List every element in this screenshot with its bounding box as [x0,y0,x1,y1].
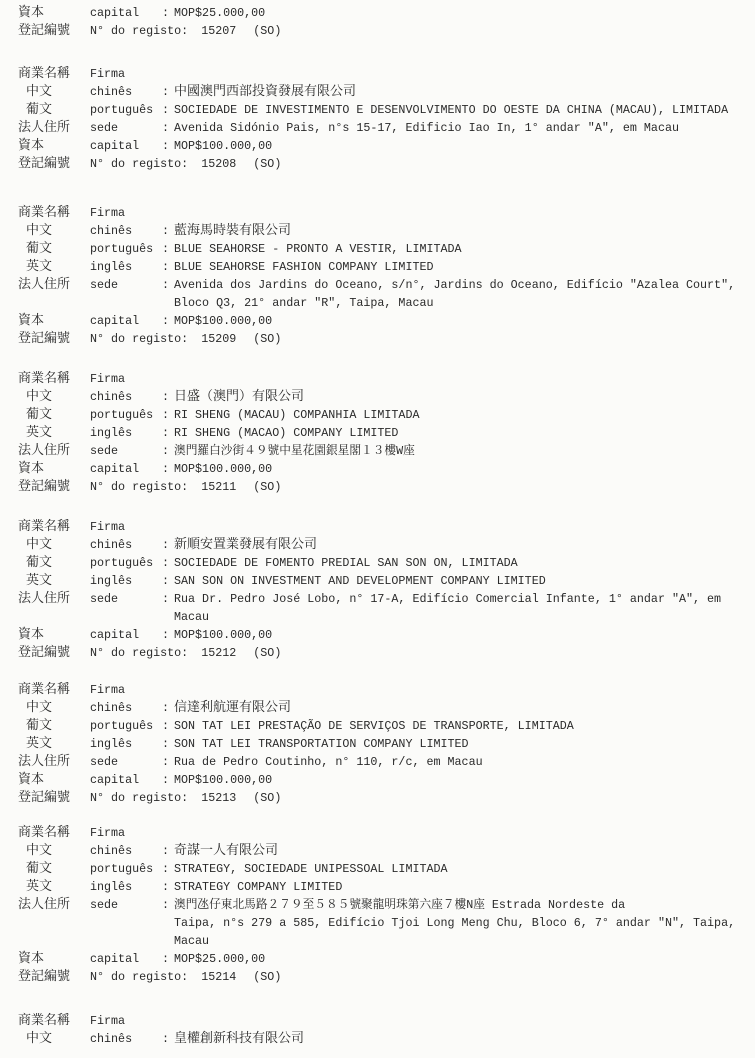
registration-mark: (SO) [253,789,281,807]
capital-label-pt: capital [90,4,162,22]
company-name-chinese: 新順安置業發展有限公司 [174,536,747,554]
colon-separator: : [162,860,174,878]
registration-label-pt: N° do registo: [90,968,188,986]
colon-separator: : [162,878,174,896]
business-name-label-pt: Firma [90,65,162,83]
business-name-header-row: 商業名稱 Firma [18,370,747,388]
capital-label-pt: capital [90,312,162,330]
colon-separator: : [162,717,174,735]
seat-label-zh: 法人住所 [18,590,90,608]
english-label-zh: 英文 [18,735,90,753]
english-name-row: 英文 inglês : SON TAT LEI TRANSPORTATION C… [18,735,747,753]
registration-label-pt: N° do registo: [90,644,188,662]
capital-row: 資本 capital : MOP$100.000,00 [18,460,747,478]
chinese-name-row: 中文 chinês : 新順安置業發展有限公司 [18,536,747,554]
registered-office-line: Taipa, n°s 279 a 585, Edifício Tjoi Long… [174,914,747,932]
english-label-pt: inglês [90,424,162,442]
portuguese-label-pt: português [90,406,162,424]
registry-entry: 商業名稱 Firma 中文 chinês : 奇謀一人有限公司 葡文 portu… [18,824,747,986]
english-label-zh: 英文 [18,258,90,276]
english-name-row: 英文 inglês : STRATEGY COMPANY LIMITED [18,878,747,896]
company-name-english: RI SHENG (MACAO) COMPANY LIMITED [174,424,747,442]
registration-number: 15208 [201,155,236,173]
business-name-label-zh: 商業名稱 [18,681,90,699]
colon-separator: : [162,536,174,554]
registered-office-line: Rua de Pedro Coutinho, n° 110, r/c, em M… [174,753,747,771]
registration-mark: (SO) [253,22,281,40]
registration-label-pt: N° do registo: [90,789,188,807]
registration-number: 15212 [201,644,236,662]
colon-separator: : [162,101,174,119]
portuguese-label-pt: português [90,860,162,878]
registered-office-row: Taipa, n°s 279 a 585, Edifício Tjoi Long… [18,914,747,932]
business-name-label-zh: 商業名稱 [18,370,90,388]
registration-number: 15207 [201,22,236,40]
company-name-english: BLUE SEAHORSE FASHION COMPANY LIMITED [174,258,747,276]
colon-separator: : [162,119,174,137]
chinese-label-pt: chinês [90,222,162,240]
registered-office-line: Macau [174,932,747,950]
company-name-portuguese: SOCIEDADE DE INVESTIMENTO E DESENVOLVIME… [174,101,747,119]
registration-number-row: 登記編號 N° do registo: 15212 (SO) [18,644,747,662]
capital-label-zh: 資本 [18,950,90,968]
colon-separator: : [162,460,174,478]
company-name-chinese: 皇權創新科技有限公司 [174,1030,747,1048]
registered-office-line: Rua Dr. Pedro José Lobo, n° 17-A, Edifíc… [174,590,747,608]
registration-number: 15213 [201,789,236,807]
colon-separator: : [162,312,174,330]
chinese-label-zh: 中文 [18,536,90,554]
portuguese-label-zh: 葡文 [18,240,90,258]
colon-separator: : [162,222,174,240]
chinese-label-zh: 中文 [18,842,90,860]
portuguese-label-zh: 葡文 [18,554,90,572]
registration-number-row: 登記編號 N° do registo: 15211 (SO) [18,478,747,496]
registered-office-line: Bloco Q3, 21° andar "R", Taipa, Macau [174,294,747,312]
registration-label-zh: 登記編號 [18,22,90,40]
capital-label-zh: 資本 [18,460,90,478]
colon-separator: : [162,842,174,860]
registration-label-zh: 登記編號 [18,789,90,807]
portuguese-label-zh: 葡文 [18,860,90,878]
english-label-pt: inglês [90,572,162,590]
chinese-label-zh: 中文 [18,388,90,406]
registration-number: 15211 [201,478,236,496]
capital-value: MOP$25.000,00 [174,4,747,22]
registered-office-row: 法人住所 sede : Rua Dr. Pedro José Lobo, n° … [18,590,747,608]
portuguese-name-row: 葡文 português : RI SHENG (MACAU) COMPANHI… [18,406,747,424]
registered-office-row: 法人住所 sede : Avenida dos Jardins do Ocean… [18,276,747,294]
registry-entry: 商業名稱 Firma 中文 chinês : 日盛（澳門）有限公司 葡文 por… [18,370,747,496]
business-name-header-row: 商業名稱 Firma [18,518,747,536]
registered-office-row: 法人住所 sede : 澳門氹仔東北馬路２７９至５８５號聚龍明珠第六座７樓N座 … [18,896,747,914]
registered-office-line: Macau [174,608,747,626]
colon-separator: : [162,753,174,771]
portuguese-label-pt: português [90,240,162,258]
registration-label-pt: N° do registo: [90,155,188,173]
seat-label-zh: 法人住所 [18,896,90,914]
colon-separator: : [162,950,174,968]
company-name-chinese: 信達利航運有限公司 [174,699,747,717]
registry-entry: 商業名稱 Firma 中文 chinês : 新順安置業發展有限公司 葡文 po… [18,518,747,662]
registered-office-row: Macau [18,932,747,950]
portuguese-label-pt: português [90,554,162,572]
company-name-portuguese: BLUE SEAHORSE - PRONTO A VESTIR, LIMITAD… [174,240,747,258]
capital-label-pt: capital [90,771,162,789]
registry-entry: 商業名稱 Firma 中文 chinês : 皇權創新科技有限公司 [18,1012,747,1048]
registered-office-line: Avenida dos Jardins do Oceano, s/n°, Jar… [174,276,747,294]
capital-label-pt: capital [90,950,162,968]
company-name-chinese: 日盛（澳門）有限公司 [174,388,747,406]
seat-label-zh: 法人住所 [18,442,90,460]
business-name-label-zh: 商業名稱 [18,518,90,536]
business-name-header-row: 商業名稱 Firma [18,65,747,83]
registration-label-pt: N° do registo: [90,330,188,348]
capital-value: MOP$100.000,00 [174,312,747,330]
chinese-name-row: 中文 chinês : 皇權創新科技有限公司 [18,1030,747,1048]
seat-label-pt: sede [90,590,162,608]
colon-separator: : [162,735,174,753]
colon-separator: : [162,276,174,294]
english-name-row: 英文 inglês : RI SHENG (MACAO) COMPANY LIM… [18,424,747,442]
company-name-english: SON TAT LEI TRANSPORTATION COMPANY LIMIT… [174,735,747,753]
business-name-label-zh: 商業名稱 [18,1012,90,1030]
company-name-chinese: 中國澳門西部投資發展有限公司 [174,83,747,101]
portuguese-label-zh: 葡文 [18,406,90,424]
capital-label-pt: capital [90,626,162,644]
business-name-label-pt: Firma [90,824,162,842]
capital-label-zh: 資本 [18,626,90,644]
registration-label-zh: 登記編號 [18,644,90,662]
registration-label-zh: 登記編號 [18,478,90,496]
portuguese-name-row: 葡文 português : SOCIEDADE DE INVESTIMENTO… [18,101,747,119]
portuguese-name-row: 葡文 português : SON TAT LEI PRESTAÇÃO DE … [18,717,747,735]
colon-separator: : [162,240,174,258]
colon-separator: : [162,4,174,22]
colon-separator: : [162,626,174,644]
capital-label-zh: 資本 [18,4,90,22]
chinese-label-pt: chinês [90,842,162,860]
colon-separator: : [162,1030,174,1048]
business-name-header-row: 商業名稱 Firma [18,1012,747,1030]
chinese-label-zh: 中文 [18,83,90,101]
capital-label-zh: 資本 [18,771,90,789]
colon-separator: : [162,554,174,572]
seat-label-zh: 法人住所 [18,276,90,294]
colon-separator: : [162,699,174,717]
registration-label-pt: N° do registo: [90,478,188,496]
registration-mark: (SO) [253,644,281,662]
chinese-label-pt: chinês [90,388,162,406]
english-label-pt: inglês [90,258,162,276]
seat-label-zh: 法人住所 [18,753,90,771]
business-name-header-row: 商業名稱 Firma [18,204,747,222]
portuguese-label-zh: 葡文 [18,101,90,119]
chinese-label-pt: chinês [90,1030,162,1048]
chinese-name-row: 中文 chinês : 藍海馬時裝有限公司 [18,222,747,240]
registered-office-line: Avenida Sidónio Pais, n°s 15-17, Edifici… [174,119,747,137]
portuguese-label-pt: português [90,101,162,119]
company-name-english: SAN SON ON INVESTMENT AND DEVELOPMENT CO… [174,572,747,590]
registered-office-row: Macau [18,608,747,626]
company-name-chinese: 藍海馬時裝有限公司 [174,222,747,240]
registration-number-row: 登記編號 N° do registo: 15208 (SO) [18,155,747,173]
business-name-label-pt: Firma [90,204,162,222]
colon-separator: : [162,590,174,608]
business-name-label-zh: 商業名稱 [18,824,90,842]
capital-value: MOP$100.000,00 [174,137,747,155]
capital-value: MOP$100.000,00 [174,626,747,644]
colon-separator: : [162,137,174,155]
capital-label-pt: capital [90,460,162,478]
capital-value: MOP$100.000,00 [174,460,747,478]
registration-number-row: 登記編號 N° do registo: 15213 (SO) [18,789,747,807]
registered-office-row: Bloco Q3, 21° andar "R", Taipa, Macau [18,294,747,312]
seat-label-zh: 法人住所 [18,119,90,137]
chinese-label-zh: 中文 [18,222,90,240]
portuguese-label-zh: 葡文 [18,717,90,735]
chinese-label-pt: chinês [90,83,162,101]
english-label-zh: 英文 [18,424,90,442]
registration-mark: (SO) [253,155,281,173]
business-name-label-pt: Firma [90,518,162,536]
seat-label-pt: sede [90,753,162,771]
company-name-english: STRATEGY COMPANY LIMITED [174,878,747,896]
colon-separator: : [162,572,174,590]
colon-separator: : [162,406,174,424]
english-name-row: 英文 inglês : SAN SON ON INVESTMENT AND DE… [18,572,747,590]
registered-office-line: 澳門氹仔東北馬路２７９至５８５號聚龍明珠第六座７樓N座 Estrada Nord… [174,896,747,914]
colon-separator: : [162,771,174,789]
colon-separator: : [162,442,174,460]
registration-label-zh: 登記編號 [18,330,90,348]
registration-number-row: 登記編號 N° do registo: 15209 (SO) [18,330,747,348]
company-name-portuguese: RI SHENG (MACAU) COMPANHIA LIMITADA [174,406,747,424]
portuguese-name-row: 葡文 português : STRATEGY, SOCIEDADE UNIPE… [18,860,747,878]
registry-entry: 商業名稱 Firma 中文 chinês : 信達利航運有限公司 葡文 port… [18,681,747,807]
colon-separator: : [162,258,174,276]
portuguese-label-pt: português [90,717,162,735]
english-label-pt: inglês [90,735,162,753]
capital-label-pt: capital [90,137,162,155]
capital-row: 資本 capital : MOP$100.000,00 [18,312,747,330]
seat-label-pt: sede [90,276,162,294]
company-name-portuguese: SOCIEDADE DE FOMENTO PREDIAL SAN SON ON,… [174,554,747,572]
english-label-pt: inglês [90,878,162,896]
registered-office-row: 法人住所 sede : Rua de Pedro Coutinho, n° 11… [18,753,747,771]
capital-label-zh: 資本 [18,312,90,330]
chinese-name-row: 中文 chinês : 奇謀一人有限公司 [18,842,747,860]
business-name-label-zh: 商業名稱 [18,65,90,83]
colon-separator: : [162,896,174,914]
registration-mark: (SO) [253,478,281,496]
company-name-portuguese: STRATEGY, SOCIEDADE UNIPESSOAL LIMITADA [174,860,747,878]
colon-separator: : [162,83,174,101]
seat-label-pt: sede [90,442,162,460]
portuguese-name-row: 葡文 português : BLUE SEAHORSE - PRONTO A … [18,240,747,258]
capital-row: 資本 capital : MOP$100.000,00 [18,626,747,644]
registry-entry: 商業名稱 Firma 中文 chinês : 藍海馬時裝有限公司 葡文 port… [18,204,747,348]
chinese-label-zh: 中文 [18,699,90,717]
colon-separator: : [162,388,174,406]
seat-label-pt: sede [90,119,162,137]
registration-label-pt: N° do registo: [90,22,188,40]
registration-number-row: 登記編號 N° do registo: 15207 (SO) [18,22,747,40]
chinese-name-row: 中文 chinês : 中國澳門西部投資發展有限公司 [18,83,747,101]
company-name-portuguese: SON TAT LEI PRESTAÇÃO DE SERVIÇOS DE TRA… [174,717,747,735]
capital-row: 資本 capital : MOP$100.000,00 [18,771,747,789]
colon-separator: : [162,424,174,442]
registry-entry: 商業名稱 Firma 中文 chinês : 中國澳門西部投資發展有限公司 葡文… [18,65,747,173]
english-label-zh: 英文 [18,878,90,896]
chinese-name-row: 中文 chinês : 信達利航運有限公司 [18,699,747,717]
portuguese-name-row: 葡文 português : SOCIEDADE DE FOMENTO PRED… [18,554,747,572]
registered-office-row: 法人住所 sede : Avenida Sidónio Pais, n°s 15… [18,119,747,137]
capital-value: MOP$100.000,00 [174,771,747,789]
registration-number: 15214 [201,968,236,986]
chinese-label-zh: 中文 [18,1030,90,1048]
business-name-header-row: 商業名稱 Firma [18,824,747,842]
seat-label-pt: sede [90,896,162,914]
business-name-label-pt: Firma [90,370,162,388]
business-name-label-pt: Firma [90,681,162,699]
company-name-chinese: 奇謀一人有限公司 [174,842,747,860]
registry-document-page: 資本 capital : MOP$25.000,00 登記編號 N° do re… [0,0,755,1058]
english-name-row: 英文 inglês : BLUE SEAHORSE FASHION COMPAN… [18,258,747,276]
capital-value: MOP$25.000,00 [174,950,747,968]
capital-row: 資本 capital : MOP$25.000,00 [18,950,747,968]
registry-entry: 資本 capital : MOP$25.000,00 登記編號 N° do re… [18,4,747,40]
capital-label-zh: 資本 [18,137,90,155]
chinese-label-pt: chinês [90,536,162,554]
registration-number: 15209 [201,330,236,348]
registered-office-line: 澳門羅白沙街４９號中星花園銀星閣１３樓W座 [174,442,747,460]
business-name-label-zh: 商業名稱 [18,204,90,222]
registration-label-zh: 登記編號 [18,155,90,173]
english-label-zh: 英文 [18,572,90,590]
capital-row: 資本 capital : MOP$25.000,00 [18,4,747,22]
chinese-name-row: 中文 chinês : 日盛（澳門）有限公司 [18,388,747,406]
registered-office-row: 法人住所 sede : 澳門羅白沙街４９號中星花園銀星閣１３樓W座 [18,442,747,460]
registration-mark: (SO) [253,968,281,986]
registration-number-row: 登記編號 N° do registo: 15214 (SO) [18,968,747,986]
registration-label-zh: 登記編號 [18,968,90,986]
chinese-label-pt: chinês [90,699,162,717]
business-name-label-pt: Firma [90,1012,162,1030]
registration-mark: (SO) [253,330,281,348]
business-name-header-row: 商業名稱 Firma [18,681,747,699]
capital-row: 資本 capital : MOP$100.000,00 [18,137,747,155]
